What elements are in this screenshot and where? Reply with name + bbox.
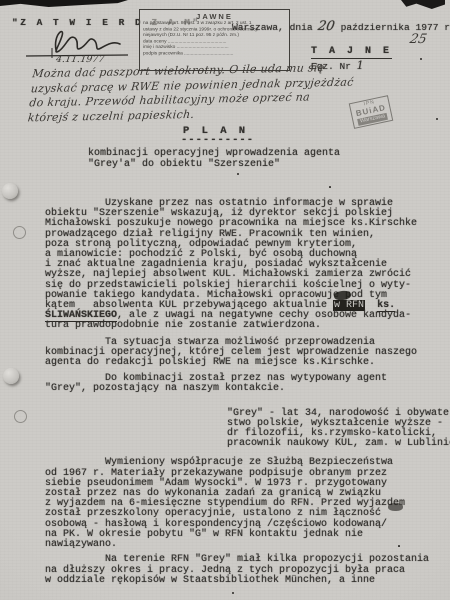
handwritten-annotation: Można dać paszport wielokrotny. O ile ud… — [27, 61, 353, 126]
text-line: nawiązywano. — [45, 540, 450, 550]
document-body: Uzyskane przez nas ostatnio informacje w… — [45, 199, 450, 586]
text-line: tura prawdopodobnie nie zostanie zatwier… — [45, 321, 450, 331]
paragraph-3: Do kombinacji został przez nas wytypowan… — [45, 374, 450, 394]
scanned-document-page: "Z A T W I E R D Z A M" 4.11.1977 JAWNE … — [0, 0, 450, 600]
speck — [329, 186, 331, 188]
text-line: pracownik naukowy KUL, zam. w Lublinie. — [227, 439, 450, 449]
text-line: "Grey", pozostający na naszym kontakcie. — [45, 384, 450, 394]
text-line: podpis pracownika ......................… — [143, 51, 286, 57]
speck — [232, 592, 234, 594]
dateline-prefix: Warszawa, dnia — [232, 22, 318, 33]
document-subtitle: kombinacji operacyjnej wprowadzenia agen… — [88, 148, 340, 170]
dateline: Warszawa, dnia 20 października 1977 r. — [232, 19, 450, 34]
paragraph-2: Ta sytuacja stwarza możliwość przeprowad… — [45, 338, 450, 369]
punch-hole — [2, 183, 18, 199]
speck — [420, 58, 422, 60]
text-line: w oddziale rękopisów w Staatsbibliothek … — [45, 576, 450, 586]
punch-hole-ring — [14, 410, 27, 423]
dateline-rest: października 1977 r. — [335, 22, 450, 33]
speck — [237, 173, 239, 175]
text-line: Na terenie RFN "Grey" miał kilka propozy… — [45, 555, 450, 565]
agent-profile-block: "Grey" - lat 34, narodowość i obywatel-s… — [227, 409, 450, 450]
text-line: kombinacji operacyjnej wprowadzenia agen… — [88, 148, 340, 159]
punch-hole — [3, 368, 19, 384]
scan-edge-artifact — [0, 0, 128, 7]
archive-stamp: IPN BUiAD Warszawa — [349, 95, 394, 129]
punch-hole-ring — [13, 226, 26, 239]
heading-underline: ---------- — [181, 134, 254, 146]
dateline-day-handwritten: 20 — [317, 19, 336, 34]
speck — [436, 118, 438, 120]
page-number-handwritten: 25 — [408, 32, 428, 47]
copy-number-handwritten: 1 — [357, 59, 364, 72]
scan-edge-artifact — [401, 0, 445, 9]
approval-date-handwritten: 4.11.1977 — [55, 54, 105, 65]
paragraph-5: Na terenie RFN "Grey" miał kilka propozy… — [45, 555, 450, 586]
speck — [398, 545, 400, 547]
ink-blotch — [388, 503, 403, 511]
classification-label: T A J N E — [311, 46, 392, 59]
text-line: "Grey'a" do obiektu "Szerszenie" — [88, 159, 340, 170]
paragraph-1-end: tura prawdopodobnie nie zostanie zatwier… — [45, 321, 450, 331]
paragraph-1: Uzyskane przez nas ostatnio informacje w… — [45, 199, 450, 301]
text-line: agenta do redakcji polskiej RWE na miejs… — [45, 358, 450, 368]
